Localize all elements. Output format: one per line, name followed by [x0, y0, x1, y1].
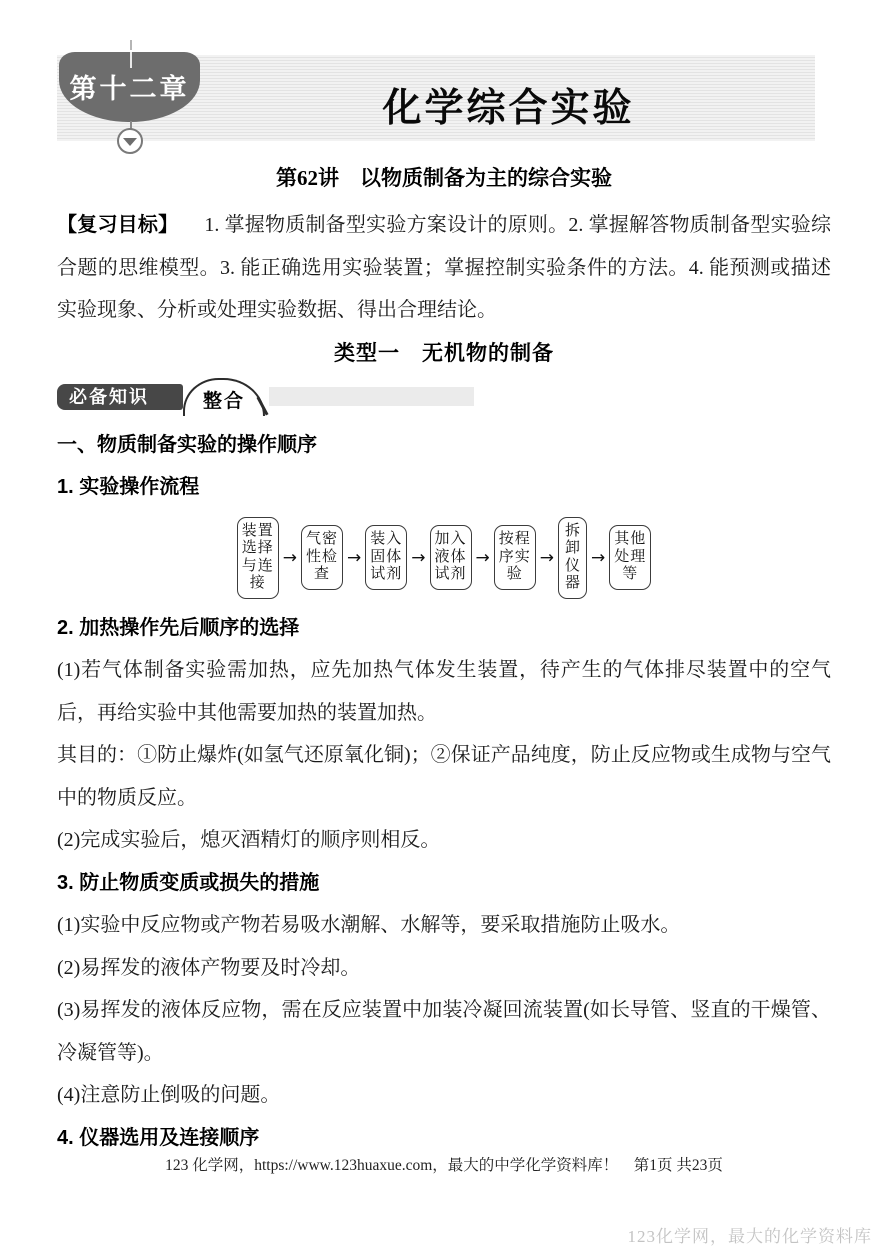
- lecture-title: 第62讲 以物质制备为主的综合实验: [57, 163, 831, 193]
- chapter-badge: 第十二章: [59, 52, 200, 162]
- paragraph: (3)易挥发的液体反应物，需在反应装置中加装冷凝回流装置(如长导管、竖直的干燥管…: [57, 989, 831, 1074]
- flow-arrow-icon: →: [279, 548, 301, 568]
- chapter-badge-shape: 第十二章: [59, 52, 200, 122]
- page-footer: 123 化学网，https://www.123huaxue.com，最大的中学化…: [0, 1153, 888, 1175]
- flow-step: 装置选择与连接: [237, 517, 279, 599]
- badge-top-line: [130, 40, 132, 50]
- chapter-title: 化学综合实验: [202, 77, 815, 133]
- flow-step: 加入液体试剂: [430, 525, 472, 590]
- review-goals: 【复习目标】1. 掌握物质制备型实验方案设计的原则。2. 掌握解答物质制备型实验…: [57, 204, 831, 332]
- section-two-title: 2. 加热操作先后顺序的选择: [57, 607, 831, 650]
- flow-arrow-icon: →: [472, 548, 494, 568]
- flow-arrow-icon: →: [407, 548, 429, 568]
- document-page: 第十二章 化学综合实验 第62讲 以物质制备为主的综合实验 【复习目标】1. 掌…: [0, 0, 888, 1255]
- flow-section-title: 1. 实验操作流程: [57, 466, 831, 509]
- flow-arrow-icon: →: [536, 548, 558, 568]
- paragraph: (4)注意防止倒吸的问题。: [57, 1074, 831, 1117]
- flow-step: 拆卸仪器: [558, 517, 587, 599]
- type-one-title: 类型一 无机物的制备: [57, 338, 831, 370]
- flow-step: 其他处理等: [609, 525, 651, 590]
- flow-arrow-icon: →: [343, 548, 365, 568]
- knowledge-badge: 必备知识 整合: [57, 380, 831, 414]
- chapter-banner: 第十二章 化学综合实验: [57, 55, 815, 141]
- knowledge-badge-left: 必备知识: [57, 384, 183, 410]
- flow-step: 装入固体试剂: [365, 525, 407, 590]
- review-goals-label: 【复习目标】: [57, 214, 178, 236]
- flow-arrow-icon: →: [587, 548, 609, 568]
- section-three-title: 3. 防止物质变质或损失的措施: [57, 862, 831, 905]
- chapter-badge-label: 第十二章: [70, 67, 190, 106]
- flow-step: 按程序实验: [494, 525, 536, 590]
- paragraph: (2)易挥发的液体产物要及时冷却。: [57, 947, 831, 990]
- flow-step: 气密性检查: [301, 525, 343, 590]
- paragraph: (1)若气体制备实验需加热，应先加热气体发生装置，待产生的气体排尽装置中的空气后…: [57, 649, 831, 734]
- paragraph: (2)完成实验后，熄灭酒精灯的顺序则相反。: [57, 819, 831, 862]
- section-one-title: 一、物质制备实验的操作顺序: [57, 424, 831, 467]
- knowledge-badge-bar: [269, 387, 474, 406]
- flowchart: 装置选择与连接 → 气密性检查 → 装入固体试剂 → 加入液体试剂 → 按程序实…: [57, 515, 831, 601]
- knowledge-badge-tab: 整合: [183, 378, 265, 416]
- watermark: 123化学网，最大的化学资料库: [628, 1222, 873, 1247]
- paragraph: (1)实验中反应物或产物若易吸水潮解、水解等，要采取措施防止吸水。: [57, 904, 831, 947]
- chevron-down-icon: [117, 128, 143, 154]
- page-content: 第62讲 以物质制备为主的综合实验 【复习目标】1. 掌握物质制备型实验方案设计…: [57, 163, 831, 1159]
- knowledge-badge-tab-label: 整合: [203, 386, 245, 413]
- paragraph: 其目的：①防止爆炸(如氢气还原氧化铜)；②保证产品纯度，防止反应物或生成物与空气…: [57, 734, 831, 819]
